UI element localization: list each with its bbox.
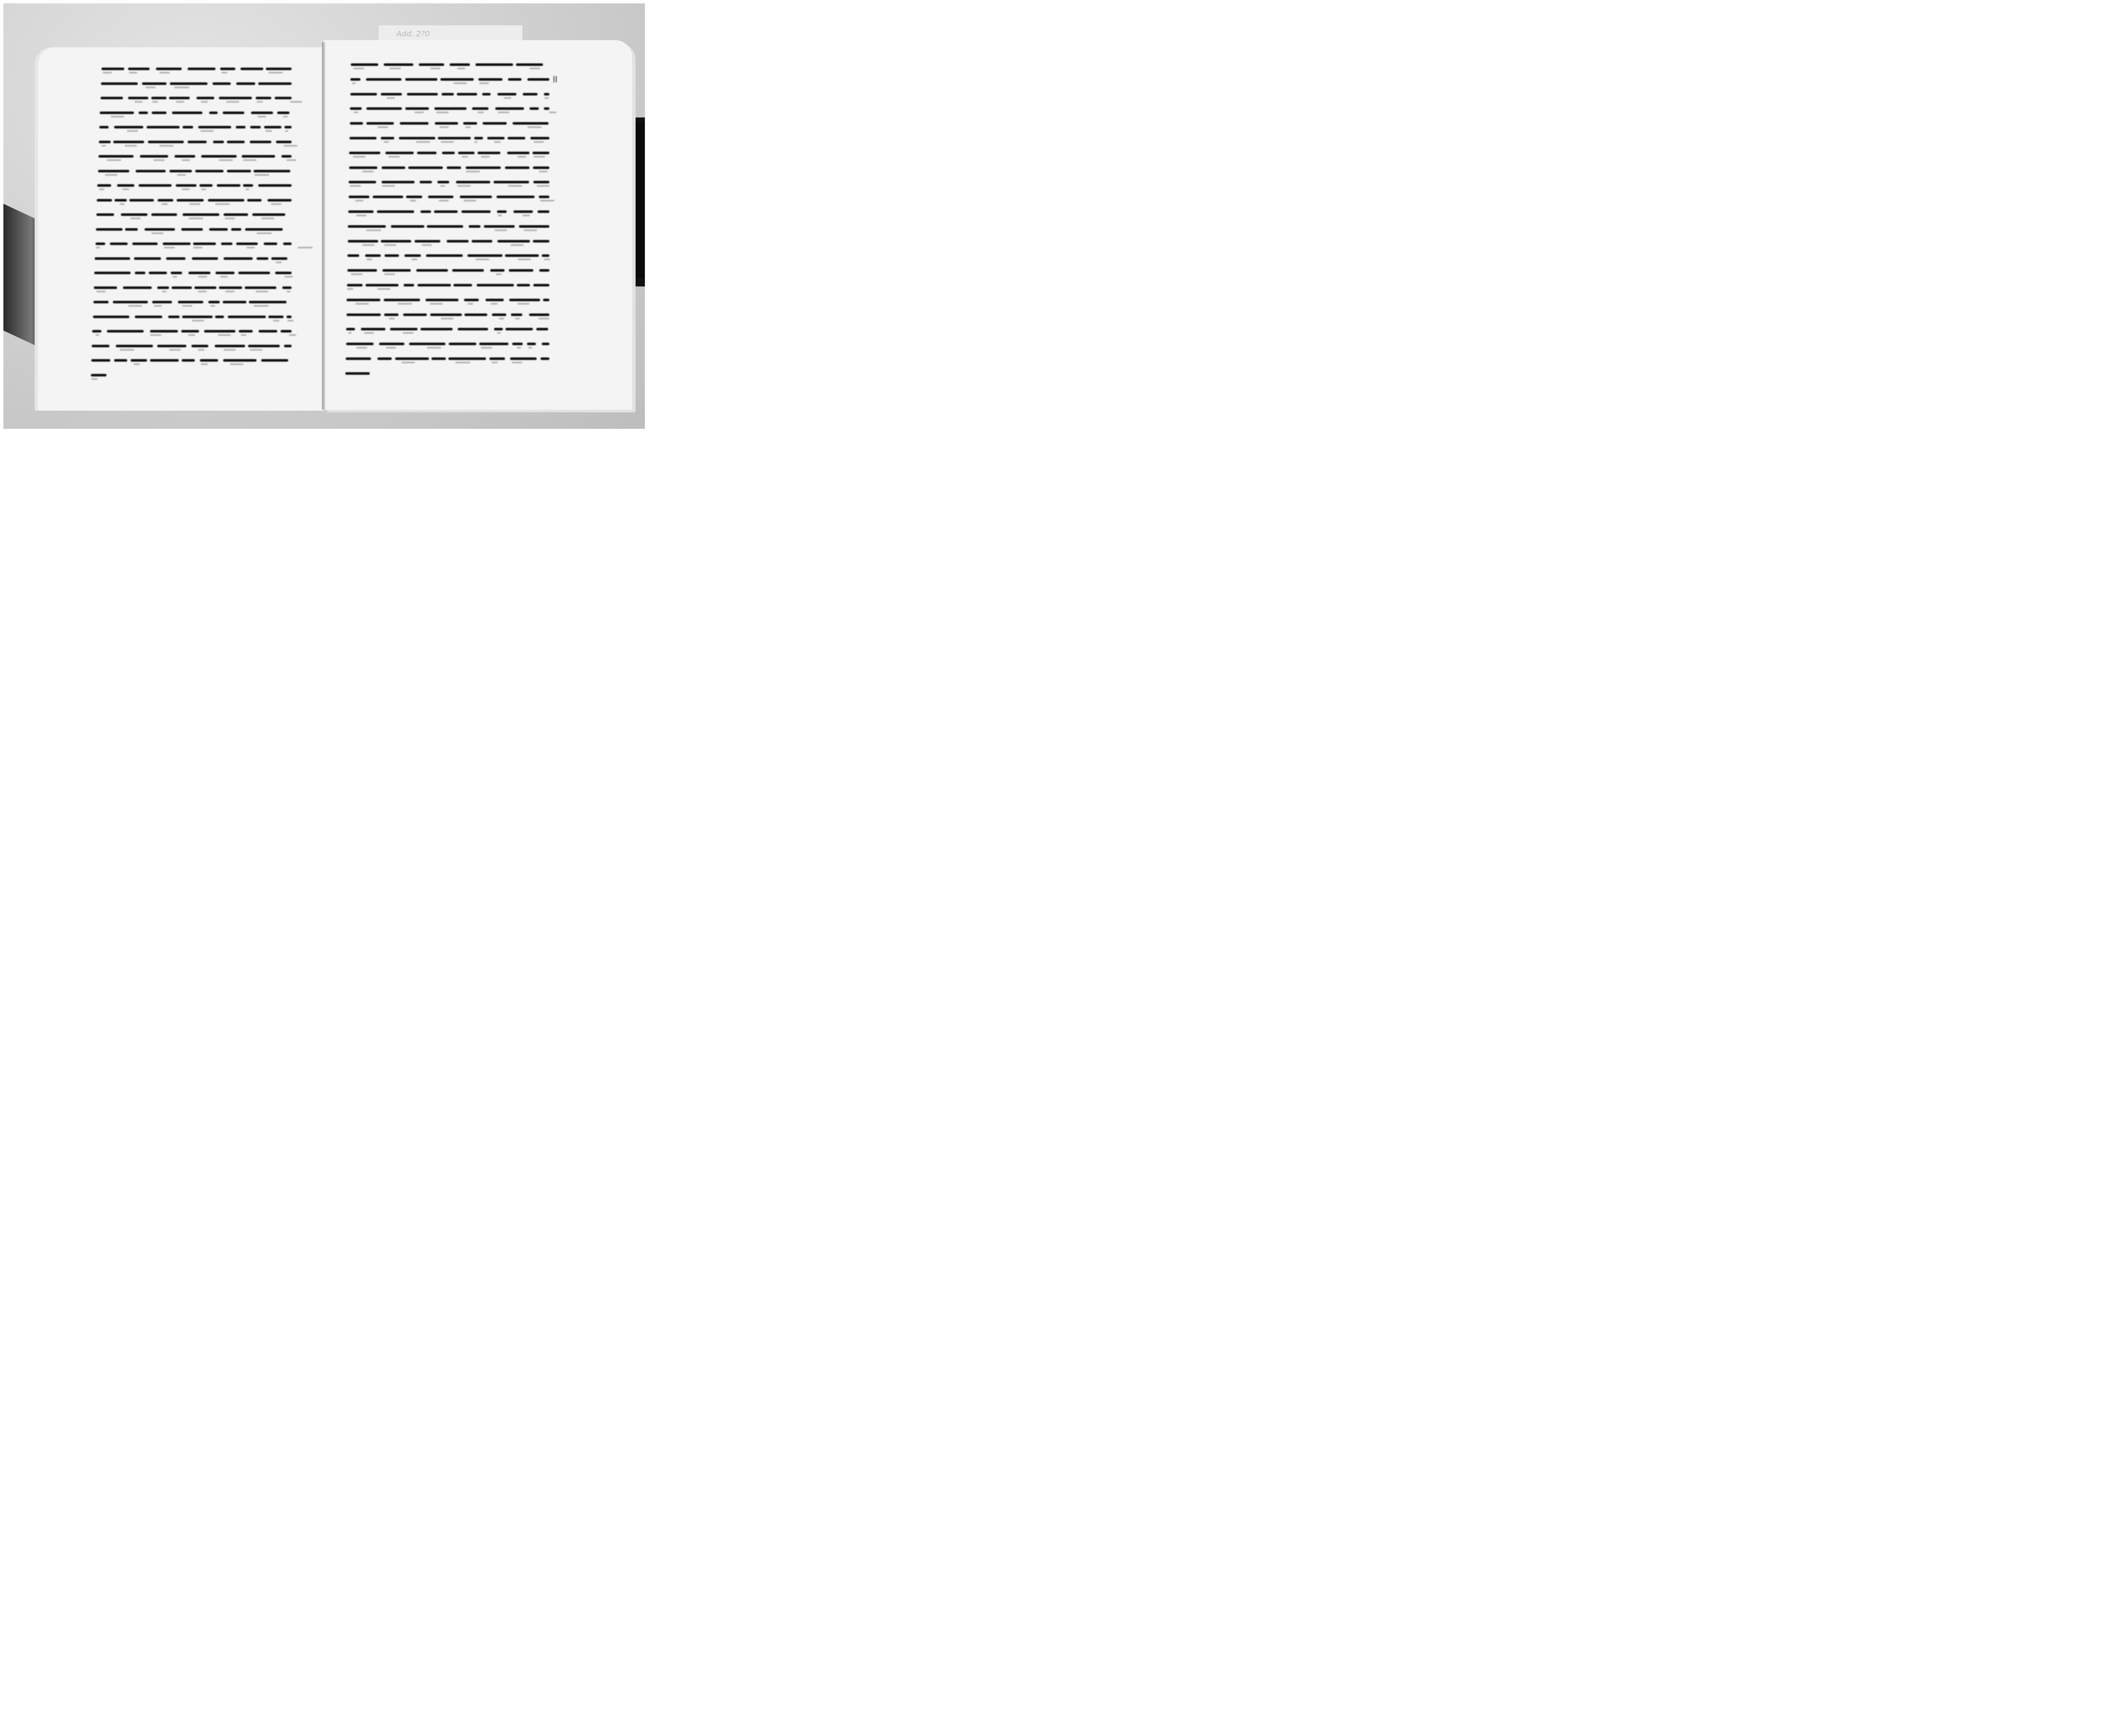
script-word (347, 284, 363, 286)
script-word (227, 141, 244, 143)
script-descender (134, 101, 142, 103)
script-word (457, 93, 477, 95)
script-word (236, 243, 257, 245)
script-word (96, 243, 106, 245)
book-gutter (322, 42, 325, 410)
script-descender (416, 141, 430, 143)
script-word (178, 301, 203, 303)
script-word (275, 97, 292, 99)
script-descender (198, 349, 205, 351)
script-word (208, 301, 219, 303)
script-word (135, 316, 162, 318)
script-word (139, 112, 148, 114)
script-word (140, 155, 168, 158)
script-descender (130, 218, 141, 219)
script-word (147, 126, 180, 128)
script-word (405, 107, 429, 110)
script-descender (169, 349, 181, 351)
script-word (169, 170, 192, 172)
script-word (509, 269, 533, 272)
script-word (542, 343, 549, 345)
script-descender (254, 174, 269, 176)
script-word (215, 345, 245, 347)
script-descender (276, 262, 282, 263)
script-descender (289, 334, 296, 336)
script-descender (188, 218, 203, 219)
script-word (134, 257, 161, 260)
script-word (438, 137, 471, 139)
script-word (200, 359, 218, 362)
script-word (513, 122, 549, 125)
script-word (458, 328, 488, 330)
script-word (276, 141, 292, 143)
script-descender (91, 378, 98, 380)
script-word (217, 184, 240, 187)
script-word (482, 93, 491, 95)
text-line (101, 68, 292, 72)
script-word (381, 240, 411, 243)
script-descender (134, 363, 140, 365)
script-descender (290, 101, 302, 103)
script-descender (464, 200, 477, 202)
script-word (511, 313, 522, 316)
script-word (440, 78, 474, 81)
script-word (505, 166, 530, 169)
script-descender (172, 276, 177, 278)
script-word (349, 181, 376, 183)
script-word (116, 345, 153, 347)
script-descender (527, 126, 542, 128)
script-word (419, 63, 444, 66)
script-descender (257, 116, 266, 117)
script-word (543, 299, 549, 301)
script-word (483, 122, 507, 125)
script-word (282, 286, 292, 289)
text-line (92, 330, 292, 334)
script-descender (401, 362, 415, 363)
script-word (350, 78, 360, 81)
script-descender (497, 332, 500, 334)
script-word (219, 97, 252, 99)
script-word (224, 213, 248, 216)
script-descender (105, 174, 117, 176)
script-word (541, 357, 549, 360)
script-descender (539, 171, 548, 172)
script-descender (145, 87, 155, 88)
script-word (494, 181, 529, 183)
text-line (347, 313, 549, 318)
script-word (258, 82, 292, 85)
script-word (366, 78, 401, 81)
script-descender (517, 303, 530, 305)
script-descender (164, 247, 175, 248)
script-word (349, 166, 378, 169)
script-word (405, 78, 437, 81)
script-word (132, 243, 158, 245)
script-descender (498, 215, 502, 216)
script-descender (101, 145, 106, 147)
text-line (94, 286, 292, 291)
script-word (348, 210, 374, 213)
script-word (271, 257, 287, 260)
script-descender (504, 97, 511, 99)
script-word (98, 155, 134, 158)
script-word (94, 272, 131, 274)
script-descender (384, 273, 396, 275)
script-descender (537, 185, 549, 187)
script-descender (494, 141, 501, 143)
script-word (510, 357, 536, 360)
script-word (532, 152, 549, 154)
script-word (472, 240, 492, 243)
script-descender (362, 171, 374, 172)
script-word (391, 225, 424, 228)
script-word (150, 359, 179, 362)
script-word (213, 82, 231, 85)
script-word (129, 199, 154, 202)
script-descender (479, 82, 489, 84)
script-word (487, 137, 504, 139)
script-descender (230, 363, 243, 365)
script-word (381, 93, 402, 95)
text-line (349, 152, 549, 156)
script-descender (284, 145, 298, 147)
script-descender (265, 130, 272, 132)
script-word (478, 152, 500, 154)
script-word (497, 240, 530, 243)
script-word (492, 313, 506, 316)
script-descender (384, 141, 389, 143)
shelfmark-label: Add. 2?0 (396, 30, 430, 38)
script-word (227, 170, 251, 172)
script-word (157, 286, 169, 289)
script-word (404, 284, 414, 286)
script-word (172, 112, 202, 114)
script-descender (283, 116, 288, 117)
script-descender (226, 101, 239, 103)
script-word (216, 272, 235, 274)
script-word (131, 359, 147, 362)
script-word (385, 152, 414, 154)
script-word (530, 107, 539, 110)
script-descender (398, 303, 412, 305)
script-word (428, 196, 453, 198)
script-descender (154, 305, 162, 307)
script-word (156, 68, 182, 70)
script-word (478, 78, 502, 81)
script-word (259, 330, 277, 332)
script-word (490, 269, 505, 272)
text-line (101, 97, 292, 101)
script-descender (273, 320, 279, 322)
script-descender (511, 244, 524, 246)
script-word (477, 284, 514, 286)
script-descender (96, 247, 100, 248)
script-word (346, 328, 355, 330)
script-word (466, 166, 501, 169)
script-descender (430, 68, 440, 69)
script-word (257, 257, 269, 260)
script-word (188, 272, 210, 274)
script-descender (544, 97, 549, 99)
script-word (238, 272, 270, 274)
script-word (517, 284, 530, 286)
script-word (349, 196, 370, 198)
script-word (350, 122, 363, 125)
script-word (497, 93, 516, 95)
text-line (347, 254, 549, 259)
script-descender (256, 291, 268, 292)
script-word (348, 240, 378, 243)
text-line (349, 196, 549, 200)
script-word (219, 286, 242, 289)
script-descender (515, 318, 520, 319)
script-word (382, 181, 415, 183)
script-descender (427, 347, 441, 349)
script-descender (478, 112, 484, 113)
script-descender (353, 156, 365, 158)
script-word (382, 269, 410, 272)
script-word (345, 372, 370, 375)
script-word (149, 272, 167, 274)
script-word (100, 112, 134, 114)
script-word (125, 228, 138, 231)
script-word (366, 284, 399, 286)
script-descender (350, 185, 361, 187)
script-descender (162, 291, 167, 292)
script-word (453, 284, 472, 286)
script-descender (298, 247, 313, 248)
script-word (264, 243, 277, 245)
script-descender (210, 305, 215, 307)
script-descender (540, 200, 554, 202)
script-word (250, 126, 260, 128)
script-word (242, 155, 275, 158)
script-descender (538, 318, 549, 319)
script-descender (453, 82, 467, 84)
script-word (91, 359, 110, 362)
text-line (97, 184, 292, 188)
script-descender (410, 200, 416, 202)
text-line (346, 343, 549, 347)
script-word (220, 68, 235, 70)
script-word (99, 126, 109, 128)
script-descender (152, 101, 158, 103)
script-descender (125, 145, 137, 147)
text-line (345, 372, 370, 376)
script-word (437, 181, 449, 183)
script-descender (518, 259, 531, 260)
script-descender (159, 145, 174, 147)
script-descender (120, 349, 135, 351)
script-word (152, 301, 172, 303)
script-word (350, 93, 377, 95)
script-word (447, 166, 461, 169)
script-descender (128, 305, 142, 307)
script-word (243, 184, 253, 187)
script-word (472, 107, 489, 110)
script-descender (382, 185, 395, 187)
script-word (245, 286, 276, 289)
script-word (404, 254, 421, 257)
script-word (385, 254, 399, 257)
script-descender (355, 303, 369, 305)
script-word (113, 141, 144, 143)
script-word (97, 199, 112, 202)
script-word (544, 107, 549, 110)
script-descender (347, 288, 353, 290)
script-word (420, 181, 432, 183)
script-word (152, 112, 167, 114)
script-word (163, 243, 191, 245)
text-line (94, 272, 292, 276)
script-word (188, 141, 207, 143)
script-descender (174, 87, 189, 88)
script-descender (517, 347, 521, 349)
script-word (431, 357, 446, 360)
script-word (240, 68, 263, 70)
script-descender (491, 362, 498, 363)
text-line (348, 240, 549, 244)
script-word (420, 328, 453, 330)
script-word (223, 359, 257, 362)
script-word (250, 141, 271, 143)
script-word (251, 112, 273, 114)
script-word (91, 374, 106, 376)
script-word (209, 228, 228, 231)
script-word (99, 141, 111, 143)
script-word (420, 210, 431, 213)
script-word (175, 155, 195, 158)
script-descender (366, 229, 381, 231)
script-descender (517, 156, 526, 158)
script-descender (198, 291, 207, 292)
text-line (348, 225, 549, 229)
script-word (508, 78, 521, 81)
text-line (347, 284, 549, 288)
script-word (181, 330, 199, 332)
script-word (403, 313, 427, 316)
script-descender (430, 303, 443, 305)
script-word (377, 357, 392, 360)
script-word (475, 63, 513, 66)
text-line (350, 107, 549, 112)
script-word (489, 357, 505, 360)
script-descender (257, 101, 263, 103)
script-word (114, 359, 128, 362)
script-descender (193, 247, 202, 248)
script-word (350, 107, 362, 110)
script-word (409, 343, 445, 345)
script-word (508, 137, 525, 139)
script-descender (220, 276, 228, 278)
script-word (239, 330, 252, 332)
script-word (224, 257, 253, 260)
script-word (191, 345, 209, 347)
script-descender (250, 349, 262, 351)
script-descender (465, 126, 471, 128)
text-line (98, 170, 292, 174)
script-descender (182, 159, 190, 161)
script-word (542, 254, 549, 257)
script-word (479, 343, 508, 345)
script-descender (257, 232, 271, 234)
script-descender (389, 68, 401, 69)
script-word (399, 137, 435, 139)
script-word (523, 93, 538, 95)
script-word (98, 170, 130, 172)
script-word (287, 316, 292, 318)
text-line (351, 63, 549, 68)
script-word (209, 112, 218, 114)
script-descender (499, 318, 504, 319)
script-word (199, 184, 213, 187)
script-word (92, 345, 109, 347)
script-word (281, 155, 292, 158)
text-line (96, 228, 292, 232)
script-descender (549, 112, 557, 113)
script-descender (366, 259, 373, 260)
script-word (277, 112, 289, 114)
text-line (92, 345, 292, 349)
script-descender (261, 218, 274, 219)
script-descender (355, 200, 363, 202)
script-word (379, 343, 404, 345)
script-word (442, 152, 455, 154)
script-word (519, 225, 549, 228)
script-word (284, 345, 292, 347)
text-line (93, 316, 292, 320)
script-descender (441, 141, 454, 143)
script-word (447, 240, 469, 243)
script-word (252, 213, 285, 216)
script-descender (161, 203, 167, 205)
script-descender (362, 244, 374, 246)
script-descender (285, 130, 288, 132)
script-descender (201, 188, 207, 190)
script-word (544, 93, 549, 95)
script-descender (457, 185, 471, 187)
script-descender (241, 334, 246, 336)
script-word (113, 301, 148, 303)
script-descender (403, 332, 414, 334)
script-word (382, 166, 406, 169)
script-descender (455, 362, 470, 363)
script-descender (188, 334, 195, 336)
script-word (275, 272, 292, 274)
script-descender (439, 200, 449, 202)
script-descender (466, 171, 480, 172)
script-word (361, 328, 385, 330)
script-word (128, 68, 150, 70)
script-word (248, 345, 280, 347)
script-descender (496, 273, 502, 275)
script-word (467, 254, 502, 257)
text-line (99, 126, 292, 130)
script-descender (475, 259, 489, 260)
script-word (373, 196, 404, 198)
script-word (366, 122, 394, 125)
script-word (101, 68, 124, 70)
script-descender (461, 156, 468, 158)
script-word (188, 68, 216, 70)
script-descender (111, 116, 124, 117)
script-word (171, 272, 182, 274)
script-word (151, 213, 177, 216)
script-descender (377, 288, 390, 290)
script-word (236, 82, 255, 85)
script-word (168, 316, 180, 318)
